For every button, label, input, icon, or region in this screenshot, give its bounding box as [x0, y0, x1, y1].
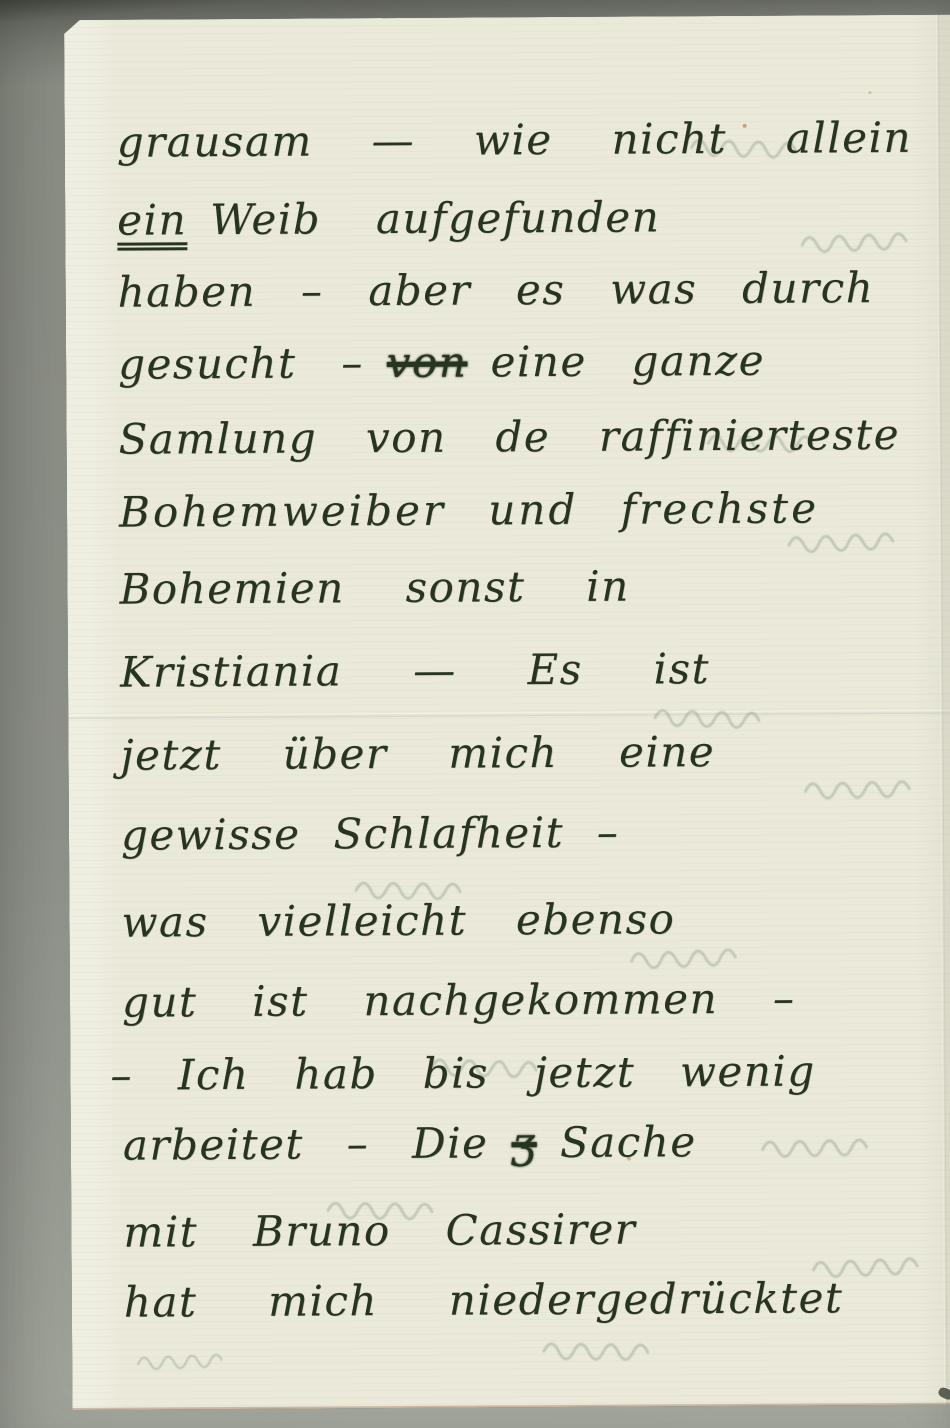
underlined-word: ein — [117, 199, 187, 250]
handwriting-line: arbeitet – DieʒSache — [123, 1120, 950, 1167]
line-text: arbeitet – Die — [123, 1122, 489, 1166]
struck-word: ʒ — [511, 1122, 536, 1164]
struck-word: von — [387, 342, 468, 384]
ink-showthrough-mark — [492, 1338, 692, 1366]
handwriting-line: Kristiania — Es ist — [120, 647, 950, 694]
handwriting-line: Bohemien sonst in — [119, 564, 950, 611]
ink-showthrough-mark — [132, 1347, 223, 1377]
handwriting-line: Bohemweiber und frechste — [119, 487, 950, 534]
line-text: hat mich niedergedrücktet — [124, 1277, 844, 1323]
line-text: Samlung von de raffinierteste — [118, 414, 900, 461]
handwriting-line: einWeib aufgefunden — [117, 195, 950, 251]
line-text: Bohemweiber und frechste — [119, 487, 819, 533]
handwriting-line: jetzt über mich eine — [120, 730, 950, 777]
handwriting-line: – Ich hab bis jetzt wenig — [110, 1050, 950, 1097]
handwriting-line: Samlung von de raffinierteste — [118, 414, 950, 461]
line-text: Bohemien sonst in — [119, 566, 629, 611]
handwriting-line: was vielleicht ebenso — [121, 897, 950, 944]
handwriting-line: gut ist nachgekommen – — [122, 977, 950, 1024]
line-text: Weib aufgefunden — [210, 196, 660, 241]
line-text: gewisse Schlafheit – — [121, 812, 620, 857]
ink-showthrough-mark — [589, 943, 770, 976]
line-text: mit Bruno Cassirer — [123, 1209, 636, 1254]
handwriting-line: grausam — wie nicht allein — [117, 117, 950, 164]
handwriting-line: gewisse Schlafheit – — [121, 810, 950, 857]
letter-page: grausam — wie nicht allein einWeib aufge… — [64, 15, 950, 1410]
line-text: jetzt über mich eine — [120, 731, 715, 777]
horizontal-fold-crease — [68, 709, 950, 718]
line-text: Kristiania — Es ist — [120, 648, 710, 694]
line-text: gut ist nachgekommen – — [122, 978, 796, 1024]
line-text: was vielleicht ebenso — [121, 898, 675, 943]
handwriting-line: hat mich niedergedrücktet — [124, 1277, 950, 1324]
line-text: haben – aber es was durch — [118, 267, 875, 314]
handwriting-line: mit Bruno Cassirer — [123, 1207, 950, 1254]
line-text: gesucht – — [118, 342, 364, 385]
handwriting-line: haben – aber es was durch — [118, 267, 950, 314]
line-text: eine ganze — [490, 340, 765, 384]
line-text: – Ich hab bis jetzt wenig — [110, 1050, 815, 1096]
line-text: grausam — wie nicht allein — [117, 117, 913, 164]
handwriting-line: gesucht –voneine ganze — [118, 339, 950, 386]
fox-spot — [868, 91, 871, 94]
line-text: Sache — [560, 1121, 697, 1164]
ink-showthrough-mark — [768, 775, 939, 805]
